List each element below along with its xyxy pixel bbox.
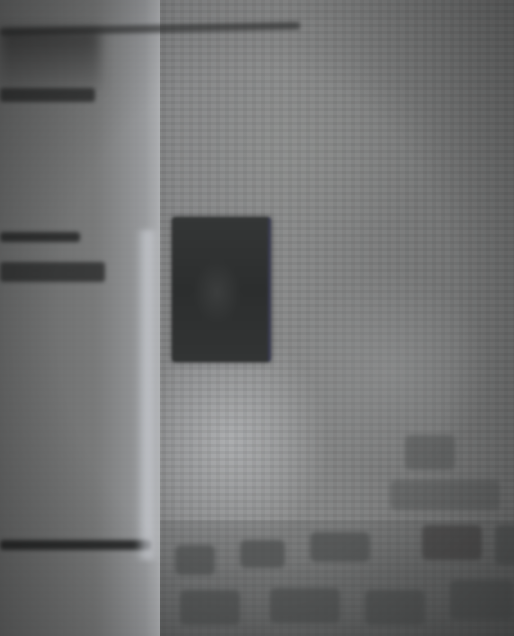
vignette xyxy=(0,0,514,636)
stone-wall-photo xyxy=(0,0,514,636)
